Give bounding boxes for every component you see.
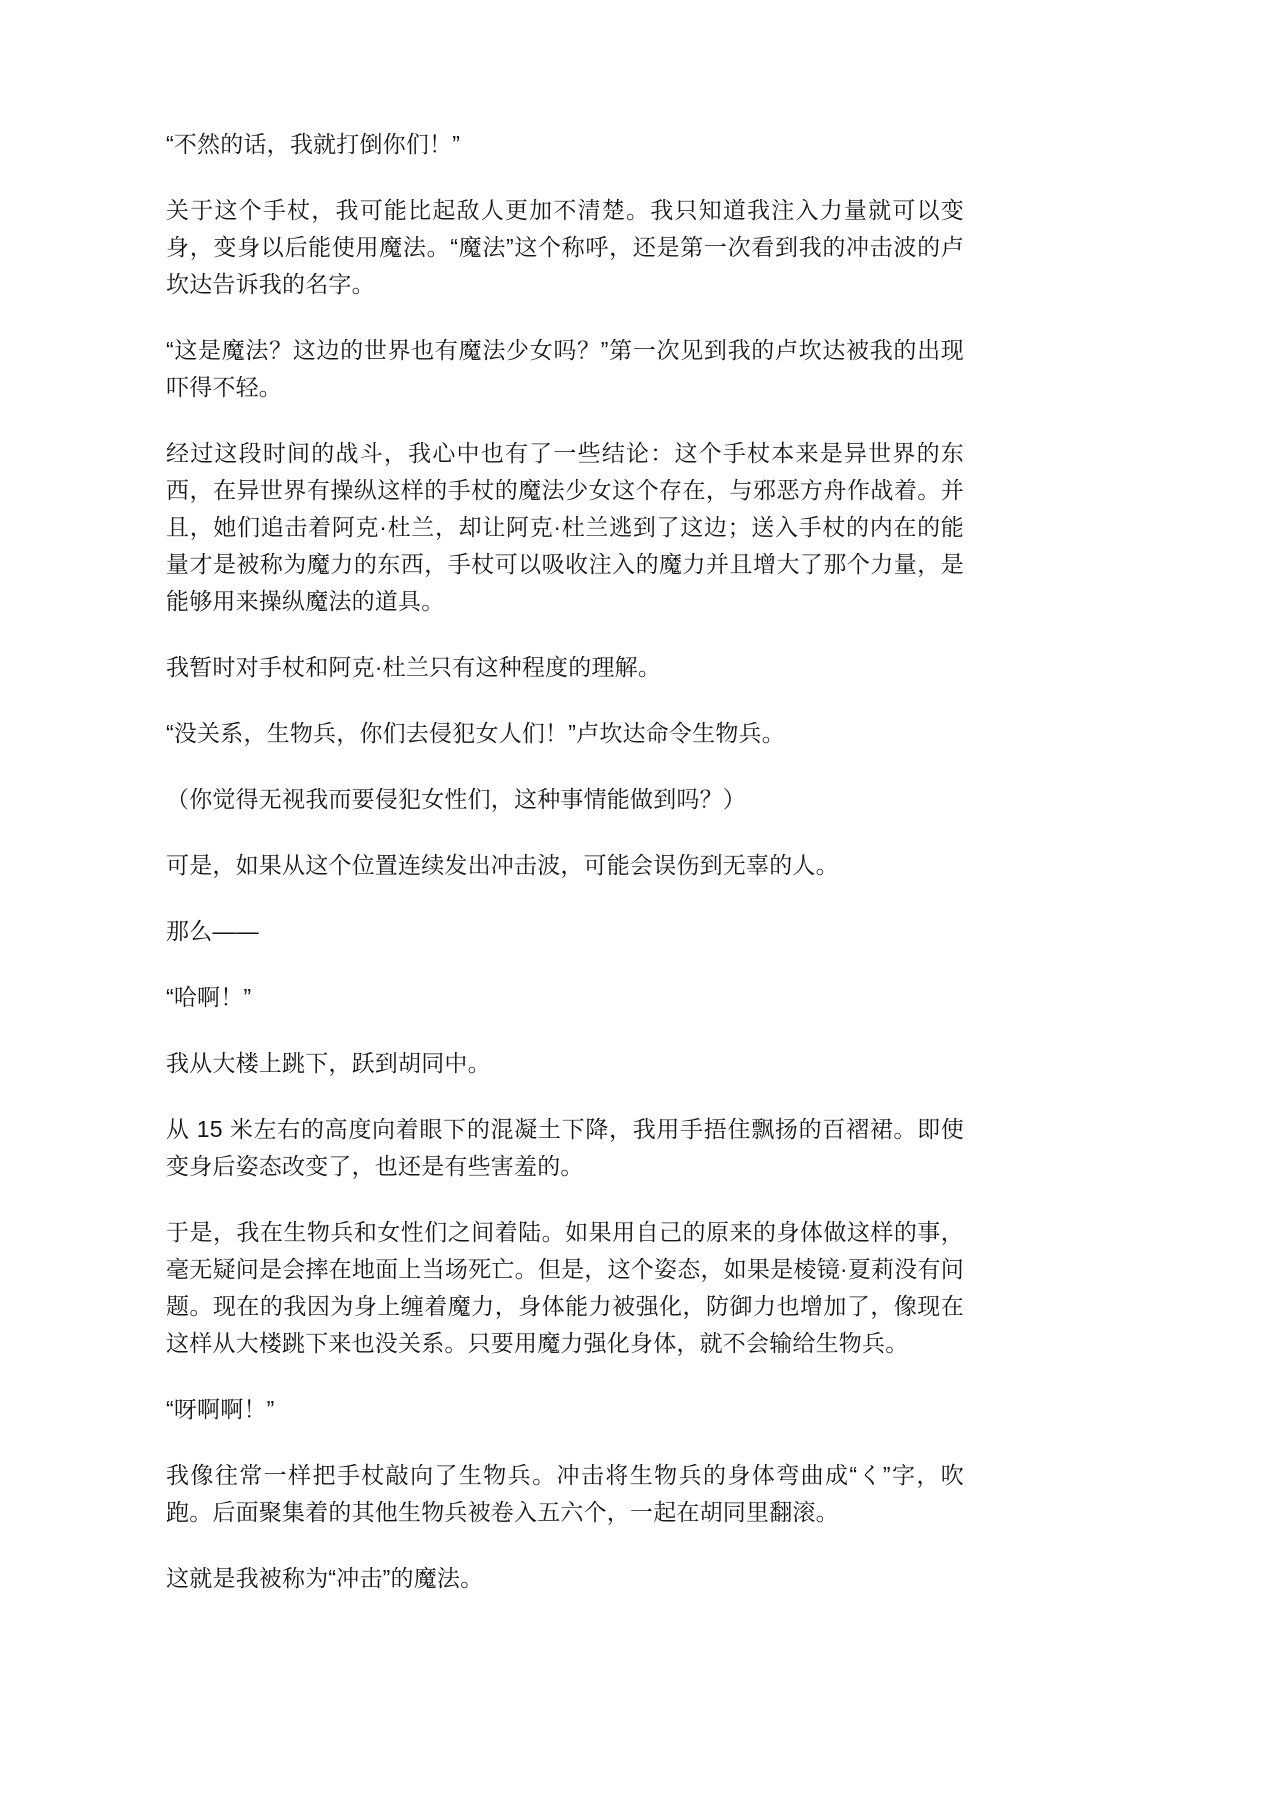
paragraph: 我暂时对手杖和阿克·杜兰只有这种程度的理解。 (166, 649, 964, 686)
paragraph: 从 15 米左右的高度向着眼下的混凝土下降，我用手捂住飘扬的百褶裙。即使变身后姿… (166, 1111, 964, 1185)
paragraph: “不然的话，我就打倒你们！” (166, 126, 964, 163)
paragraph: 我像往常一样把手杖敲向了生物兵。冲击将生物兵的身体弯曲成“く”字，吹跑。后面聚集… (166, 1457, 964, 1531)
paragraph: 于是，我在生物兵和女性们之间着陆。如果用自己的原来的身体做这样的事，毫无疑问是会… (166, 1214, 964, 1362)
paragraph: 可是，如果从这个位置连续发出冲击波，可能会误伤到无辜的人。 (166, 847, 964, 884)
paragraph: “这是魔法？这边的世界也有魔法少女吗？”第一次见到我的卢坎达被我的出现吓得不轻。 (166, 332, 964, 406)
document-page: “不然的话，我就打倒你们！” 关于这个手杖，我可能比起敌人更加不清楚。我只知道我… (0, 0, 1280, 1810)
paragraph: 我从大楼上跳下，跃到胡同中。 (166, 1045, 964, 1082)
paragraph: 这就是我被称为“冲击”的魔法。 (166, 1560, 964, 1597)
paragraph: 经过这段时间的战斗，我心中也有了一些结论：这个手杖本来是异世界的东西，在异世界有… (166, 435, 964, 620)
paragraph: “哈啊！” (166, 979, 964, 1016)
paragraph: 关于这个手杖，我可能比起敌人更加不清楚。我只知道我注入力量就可以变身，变身以后能… (166, 192, 964, 303)
paragraph: （你觉得无视我而要侵犯女性们，这种事情能做到吗？） (166, 781, 964, 818)
paragraph: “没关系，生物兵，你们去侵犯女人们！”卢坎达命令生物兵。 (166, 715, 964, 752)
paragraph: 那么—— (166, 913, 964, 950)
paragraph: “呀啊啊！” (166, 1391, 964, 1428)
